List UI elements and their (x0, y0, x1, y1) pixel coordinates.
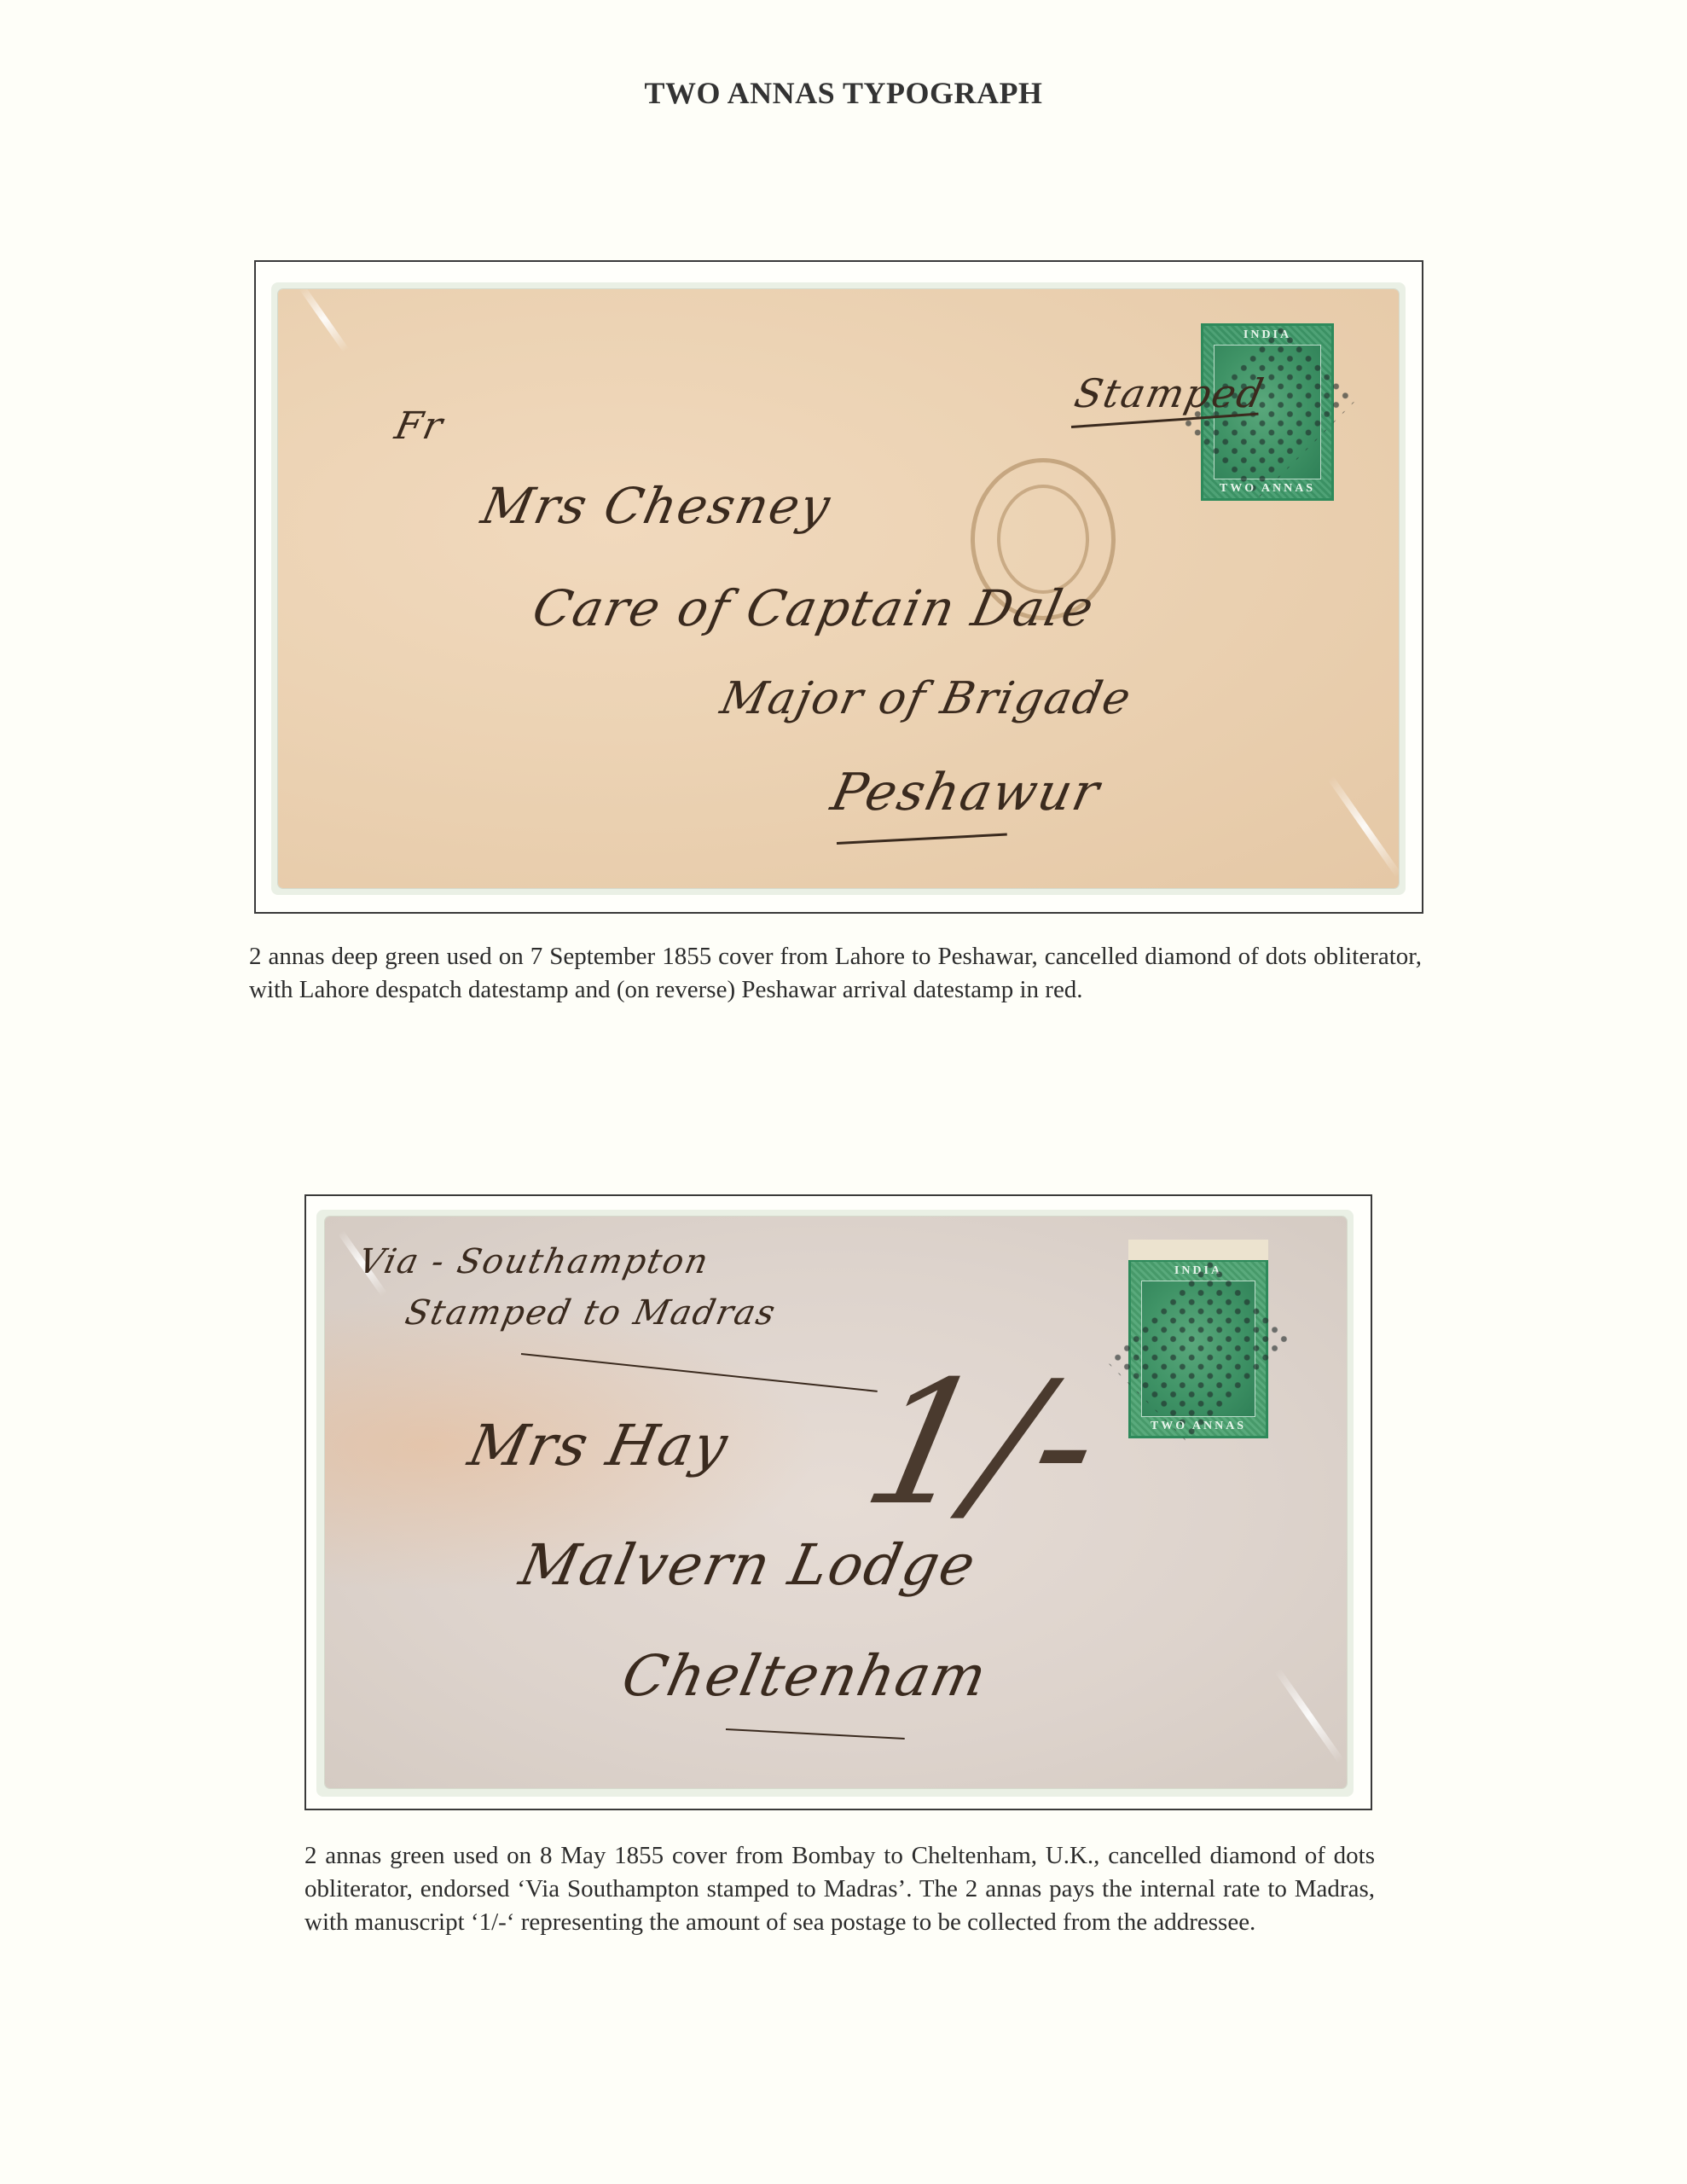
sleeve-glare (1328, 775, 1399, 877)
cover-2-envelope: INDIA TWO ANNAS Via - Southampton Stampe… (325, 1217, 1347, 1788)
rate-marking-1-shilling: 1/- (849, 1345, 1116, 1543)
manuscript-endorsement: Stamped (1070, 370, 1269, 416)
diamond-of-dots-cancel (1105, 1256, 1291, 1442)
address-line-2: Malvern Lodge (514, 1532, 983, 1598)
sleeve-glare (1274, 1668, 1343, 1763)
page-title: TWO ANNAS TYPOGRAPH (0, 75, 1687, 111)
address-line-2: Care of Captain Dale (528, 579, 1100, 637)
address-line-1: Mrs Chesney (477, 477, 837, 535)
cover-1-frame: INDIA TWO ANNAS Stamped Fr Mrs Chesney C… (254, 260, 1423, 914)
cover-2-stamp: INDIA TWO ANNAS (1128, 1259, 1268, 1438)
address-line-3: Cheltenham (617, 1643, 994, 1709)
sleeve-glare (299, 289, 349, 352)
address-underline (837, 834, 1007, 845)
endorsement-line-2: Stamped to Madras (402, 1293, 780, 1333)
address-line-1: Mrs Hay (463, 1413, 735, 1478)
stamp-sheet-margin (1128, 1240, 1268, 1260)
address-line-3: Major of Brigade (716, 673, 1137, 724)
stamp-bottom-inscription: TWO ANNAS (1203, 481, 1331, 497)
endorsement-line-1: Via - Southampton (355, 1242, 713, 1281)
cover-2-caption: 2 annas green used on 8 May 1855 cover f… (304, 1839, 1375, 1939)
cover-2-frame: INDIA TWO ANNAS Via - Southampton Stampe… (304, 1194, 1372, 1810)
stamp-bottom-inscription: TWO ANNAS (1131, 1419, 1266, 1434)
address-line-4: Peshawur (826, 763, 1106, 822)
manuscript-prefix: Fr (391, 404, 448, 448)
cover-1-envelope: INDIA TWO ANNAS Stamped Fr Mrs Chesney C… (278, 289, 1399, 888)
endorsement-underline (521, 1353, 878, 1392)
datestamp-inner-ring (997, 485, 1089, 594)
address-underline (726, 1728, 905, 1740)
cover-1-caption: 2 annas deep green used on 7 September 1… (249, 940, 1422, 1007)
